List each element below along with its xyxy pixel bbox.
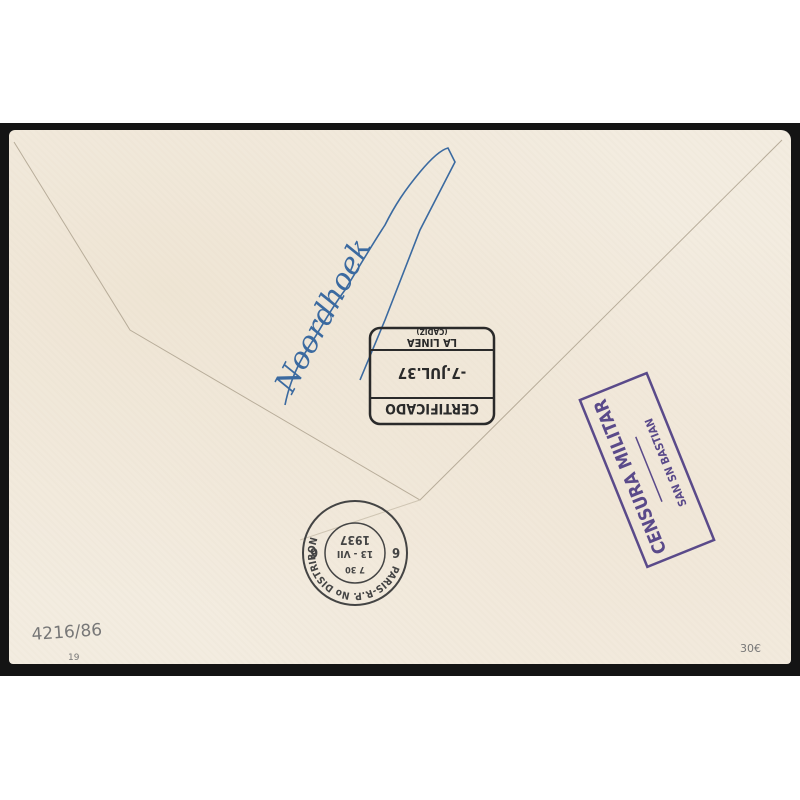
- postmark-number-left: 6: [392, 544, 400, 559]
- registration-date: -7.JUL.37: [398, 364, 467, 382]
- registration-city: LA LINEA: [407, 336, 457, 349]
- postmark-year: 1937: [340, 533, 370, 547]
- price-note: 30€: [740, 642, 761, 655]
- censor-line1: CENSURA MILITAR: [590, 396, 672, 557]
- censor-stamp: CENSURA MILITAR SAN SN BASTIAN: [580, 373, 714, 567]
- registration-stamp: CERTIFICADO -7.JUL.37 LA LINEA (CADIZ): [370, 327, 494, 424]
- postmark-time: 7 30: [345, 564, 365, 574]
- catalog-subnote: 19: [68, 653, 80, 663]
- paris-postmark: 7 30 13 - VII 1937 6 6 PARIS-R.P. No DIS…: [303, 501, 407, 605]
- postmark-date: 13 - VII: [337, 548, 373, 559]
- catalog-number: 4216/86: [31, 620, 103, 645]
- registration-bottom-line: CERTIFICADO: [385, 400, 479, 416]
- envelope-artwork: Noordhoek CERTIFICADO -7.JUL.37 LA LINEA…: [0, 0, 800, 800]
- registration-province: (CADIZ): [416, 327, 447, 336]
